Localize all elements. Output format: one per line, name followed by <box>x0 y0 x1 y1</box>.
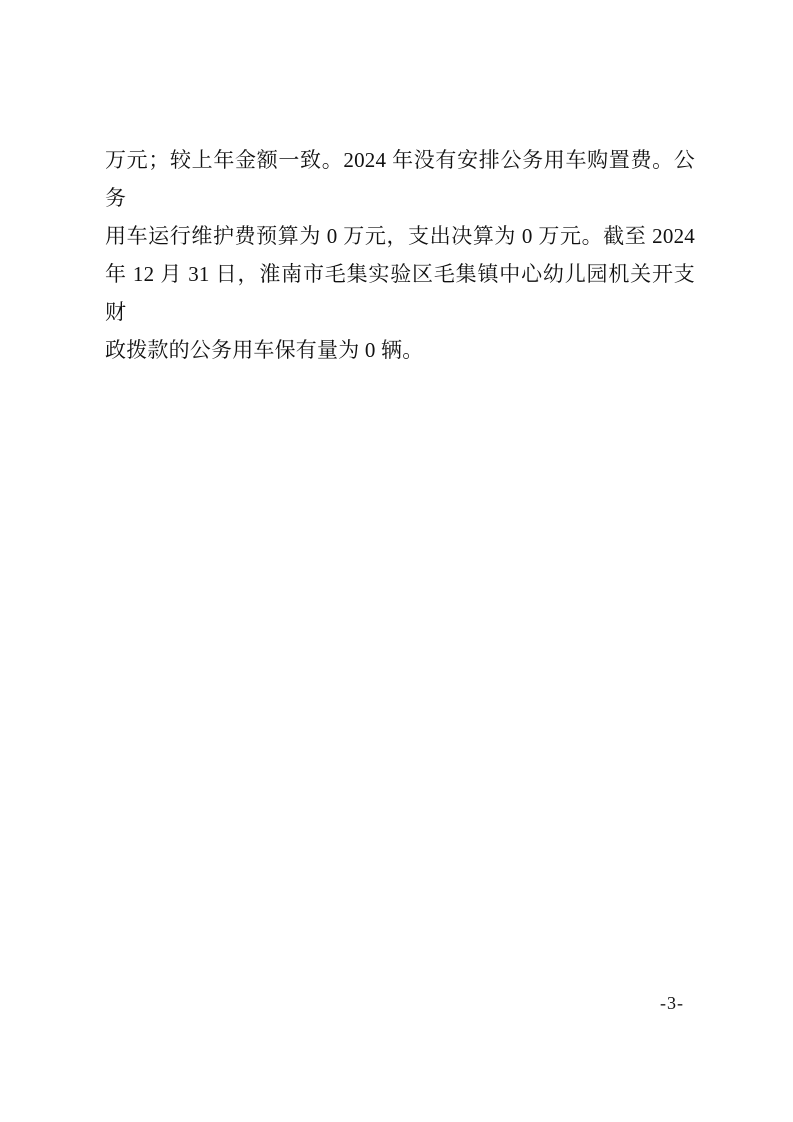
paragraph-line-1: 万元；较上年金额一致。2024 年没有安排公务用车购置费。公务 <box>105 141 695 217</box>
paragraph-line-2: 用车运行维护费预算为 0 万元，支出决算为 0 万元。截至 2024 <box>105 217 695 255</box>
body-paragraph: 万元；较上年金额一致。2024 年没有安排公务用车购置费。公务 用车运行维护费预… <box>105 141 695 369</box>
document-page: 万元；较上年金额一致。2024 年没有安排公务用车购置费。公务 用车运行维护费预… <box>0 0 793 1122</box>
paragraph-line-3: 年 12 月 31 日，淮南市毛集实验区毛集镇中心幼儿园机关开支财 <box>105 255 695 331</box>
page-number: -3- <box>660 993 684 1014</box>
paragraph-line-4: 政拨款的公务用车保有量为 0 辆。 <box>105 331 695 369</box>
